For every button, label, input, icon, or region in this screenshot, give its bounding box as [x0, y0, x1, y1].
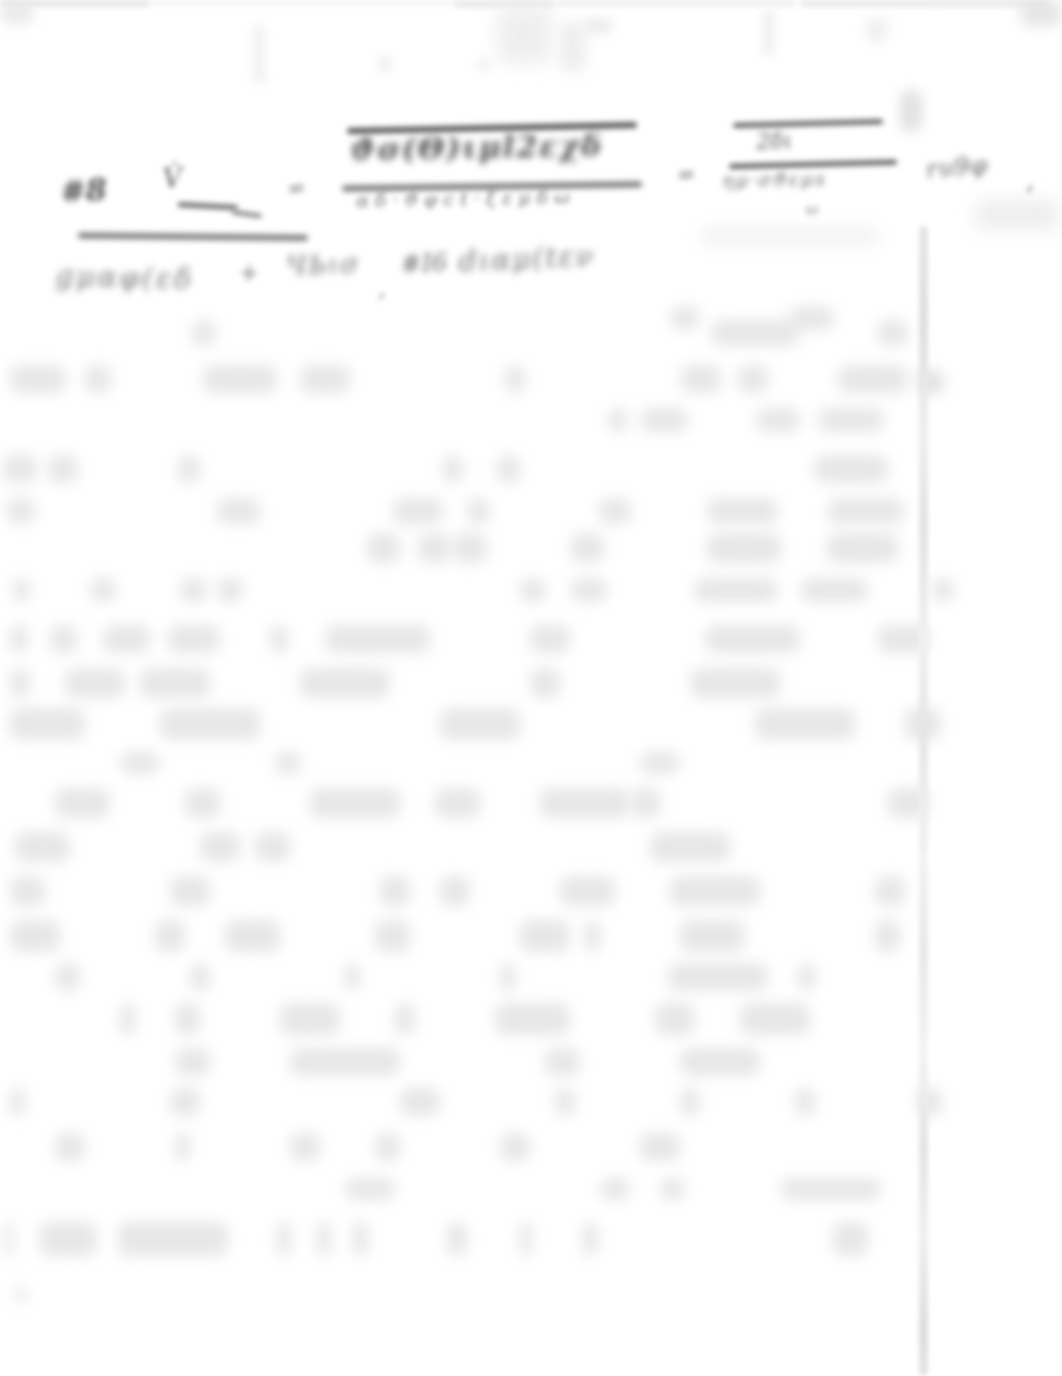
fraction1-numerator: ϑσ(Θ)ιμl2εχδ — [350, 132, 603, 166]
flow-symbol-subscript-tail — [178, 202, 238, 210]
scanned-page: #8V̇=ϑσ(Θ)ιμl2εχδαδ·ϑφct·ξεμδω=2διημ·σϑε… — [0, 0, 1062, 1376]
fraction1-denominator: αδ·ϑφct·ξεμδω — [356, 188, 576, 211]
problem-number: #8 — [60, 176, 108, 208]
result-value: rυ9φ — [925, 153, 989, 182]
line2-word-2: ЧЬɩσ — [286, 251, 360, 280]
flow-symbol-subscript-tail-2 — [231, 210, 261, 218]
fraction2-overline — [733, 119, 883, 128]
underline-stroke — [78, 233, 308, 240]
line2-plus-sign: + — [238, 260, 260, 286]
equals-2: = — [676, 164, 697, 188]
result-tail-comma: , — [1026, 168, 1034, 194]
fraction2-denominator: ημ·σϑεμs — [722, 170, 827, 191]
fraction2-denominator-subscript: ω — [806, 202, 818, 217]
page-margin-line — [919, 226, 928, 1376]
flow-symbol: V̇ — [162, 165, 183, 193]
line2-word-3: #Ι6 — [400, 250, 448, 277]
line2-word-1: gμαφ(εδ — [55, 262, 194, 294]
equals-1: = — [286, 177, 307, 201]
line2-comma: , — [378, 276, 386, 300]
ink-layer: #8V̇=ϑσ(Θ)ιμl2εχδαδ·ϑφct·ξεμδω=2διημ·σϑε… — [0, 0, 1062, 1376]
line2-word-4: dιαμ(tεν — [458, 242, 595, 276]
fraction2-numerator: 2δι — [756, 131, 793, 154]
